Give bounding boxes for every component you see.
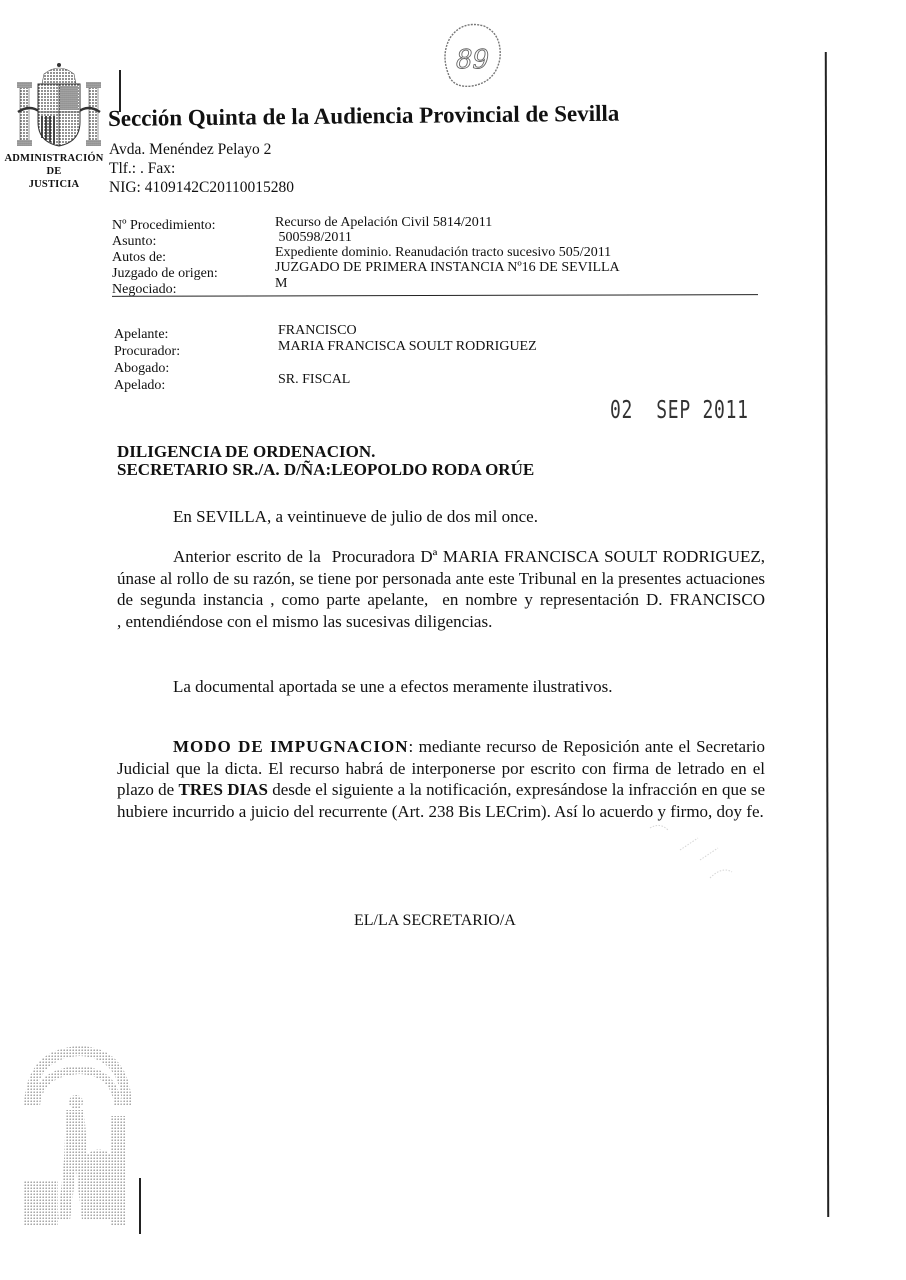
institution-label-line: ADMINISTRACIÓN — [2, 152, 106, 165]
faint-stamp-mark — [640, 820, 740, 890]
coat-of-arms-icon — [14, 60, 104, 152]
paragraph-documental: La documental aportada se une a efectos … — [117, 676, 765, 698]
case-detail-label: Asunto: — [112, 234, 275, 250]
party-label: Abogado: — [114, 360, 278, 377]
party-value: FRANCISCO — [278, 322, 357, 339]
party-label: Procurador: — [114, 343, 278, 360]
court-nig: NIG: 4109142C20110015280 — [109, 179, 294, 197]
institution-label: ADMINISTRACIÓN DE JUSTICIA — [2, 152, 106, 191]
document-title: DILIGENCIA DE ORDENACION. — [117, 442, 375, 462]
court-address: Avda. Menéndez Pelayo 2 — [109, 141, 271, 159]
case-details: Nº Procedimiento: Recurso de Apelación C… — [112, 218, 762, 298]
institution-label-line: JUSTICIA — [2, 178, 106, 191]
case-detail-value: 500598/2011 — [275, 230, 762, 246]
date-line: En SEVILLA, a veintinueve de julio de do… — [117, 506, 765, 528]
court-phone-fax: Tlf.: . Fax: — [109, 160, 175, 178]
paragraph-personacion: Anterior escrito de la Procuradora Dª MA… — [117, 546, 765, 632]
court-title: Sección Quinta de la Audiencia Provincia… — [108, 101, 620, 132]
case-detail-value: Recurso de Apelación Civil 5814/2011 — [275, 215, 762, 231]
case-detail-label: Juzgado de origen: — [112, 266, 275, 282]
margin-rule — [825, 52, 829, 1217]
junta-andalucia-logo-icon — [18, 1040, 138, 1240]
party-value: MARIA FRANCISCA SOULT RODRIGUEZ — [278, 338, 537, 355]
impugnation-deadline: TRES DIAS — [179, 780, 268, 799]
case-detail-label: Nº Procedimiento: — [112, 218, 275, 234]
page-number-text: 89 — [456, 45, 489, 75]
impugnation-label: MODO DE IMPUGNACION — [173, 737, 409, 756]
party-value: SR. FISCAL — [278, 371, 350, 388]
secretary-line: SECRETARIO SR./A. D/ÑA:LEOPOLDO RODA ORÚ… — [117, 460, 534, 480]
margin-mark — [139, 1178, 141, 1234]
parties: Apelante: FRANCISCO Procurador: MARIA FR… — [114, 326, 764, 394]
signature-line: EL/LA SECRETARIO/A — [354, 912, 516, 930]
paragraph-impugnacion: MODO DE IMPUGNACION: mediante recurso de… — [117, 736, 765, 822]
page-number-stamp: 89 — [440, 20, 504, 92]
case-detail-label: Autos de: — [112, 250, 275, 266]
party-row: Abogado: — [114, 360, 764, 377]
case-detail-value: Expediente dominio. Reanudación tracto s… — [275, 245, 762, 261]
institution-label-line: DE — [2, 165, 106, 178]
case-detail-value: JUZGADO DE PRIMERA INSTANCIA Nº16 DE SEV… — [275, 260, 762, 276]
received-date-stamp: 02 SEP 2011 — [610, 395, 749, 424]
party-row: Procurador: MARIA FRANCISCA SOULT RODRIG… — [114, 343, 764, 360]
party-label: Apelado: — [114, 377, 278, 394]
party-label: Apelante: — [114, 326, 278, 343]
party-row: Apelado: SR. FISCAL — [114, 377, 764, 394]
case-detail-value: M — [275, 276, 762, 292]
